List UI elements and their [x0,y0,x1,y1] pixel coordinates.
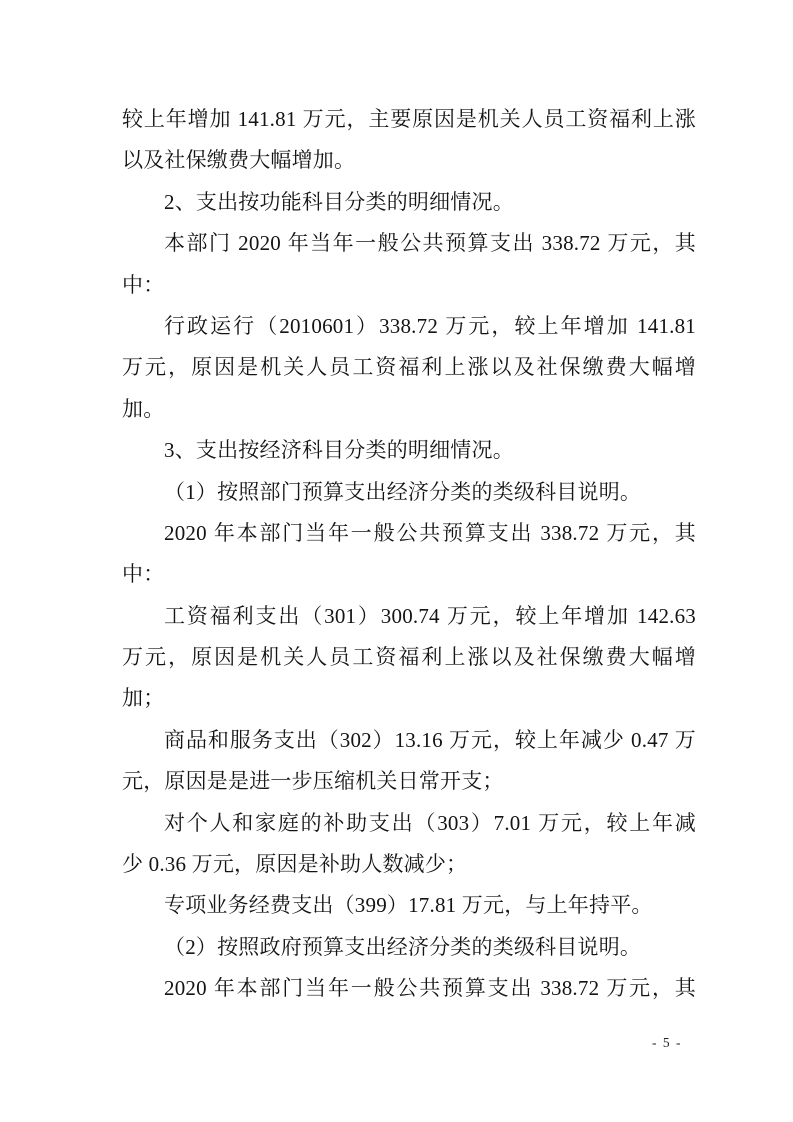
text-line: 2、支出按功能科目分类的明细情况。 [122,182,696,223]
text-line: 万元，原因是机关人员工资福利上涨以及社保缴费大幅增 [122,347,696,388]
text-line: 行政运行（2010601）338.72 万元，较上年增加 141.81 [122,306,696,347]
text-line: （2）按照政府预算支出经济分类的类级科目说明。 [122,927,696,968]
text-line: 2020 年本部门当年一般公共预算支出 338.72 万元，其 [122,968,696,1009]
document-page: 较上年增加 141.81 万元，主要原因是机关人员工资福利上涨以及社保缴费大幅增… [0,0,793,1122]
page-number: - 5 - [652,1035,682,1051]
text-line: 少 0.36 万元，原因是补助人数减少； [122,844,696,885]
text-line: 中： [122,554,696,595]
text-line: （1）按照部门预算支出经济分类的类级科目说明。 [122,472,696,513]
text-line: 本部门 2020 年当年一般公共预算支出 338.72 万元，其 [122,223,696,264]
text-line: 中： [122,265,696,306]
text-line: 较上年增加 141.81 万元，主要原因是机关人员工资福利上涨 [122,99,696,140]
text-line: 万元，原因是机关人员工资福利上涨以及社保缴费大幅增 [122,637,696,678]
text-line: 元，原因是是进一步压缩机关日常开支； [122,761,696,802]
text-line: 加； [122,678,696,719]
text-line: 对个人和家庭的补助支出（303）7.01 万元，较上年减 [122,803,696,844]
text-line: 3、支出按经济科目分类的明细情况。 [122,430,696,471]
text-line: 加。 [122,389,696,430]
text-line: 工资福利支出（301）300.74 万元，较上年增加 142.63 [122,596,696,637]
text-line: 商品和服务支出（302）13.16 万元，较上年减少 0.47 万 [122,720,696,761]
text-line: 2020 年本部门当年一般公共预算支出 338.72 万元，其 [122,513,696,554]
text-content: 较上年增加 141.81 万元，主要原因是机关人员工资福利上涨以及社保缴费大幅增… [122,99,696,1010]
text-line: 专项业务经费支出（399）17.81 万元，与上年持平。 [122,885,696,926]
text-line: 以及社保缴费大幅增加。 [122,140,696,181]
